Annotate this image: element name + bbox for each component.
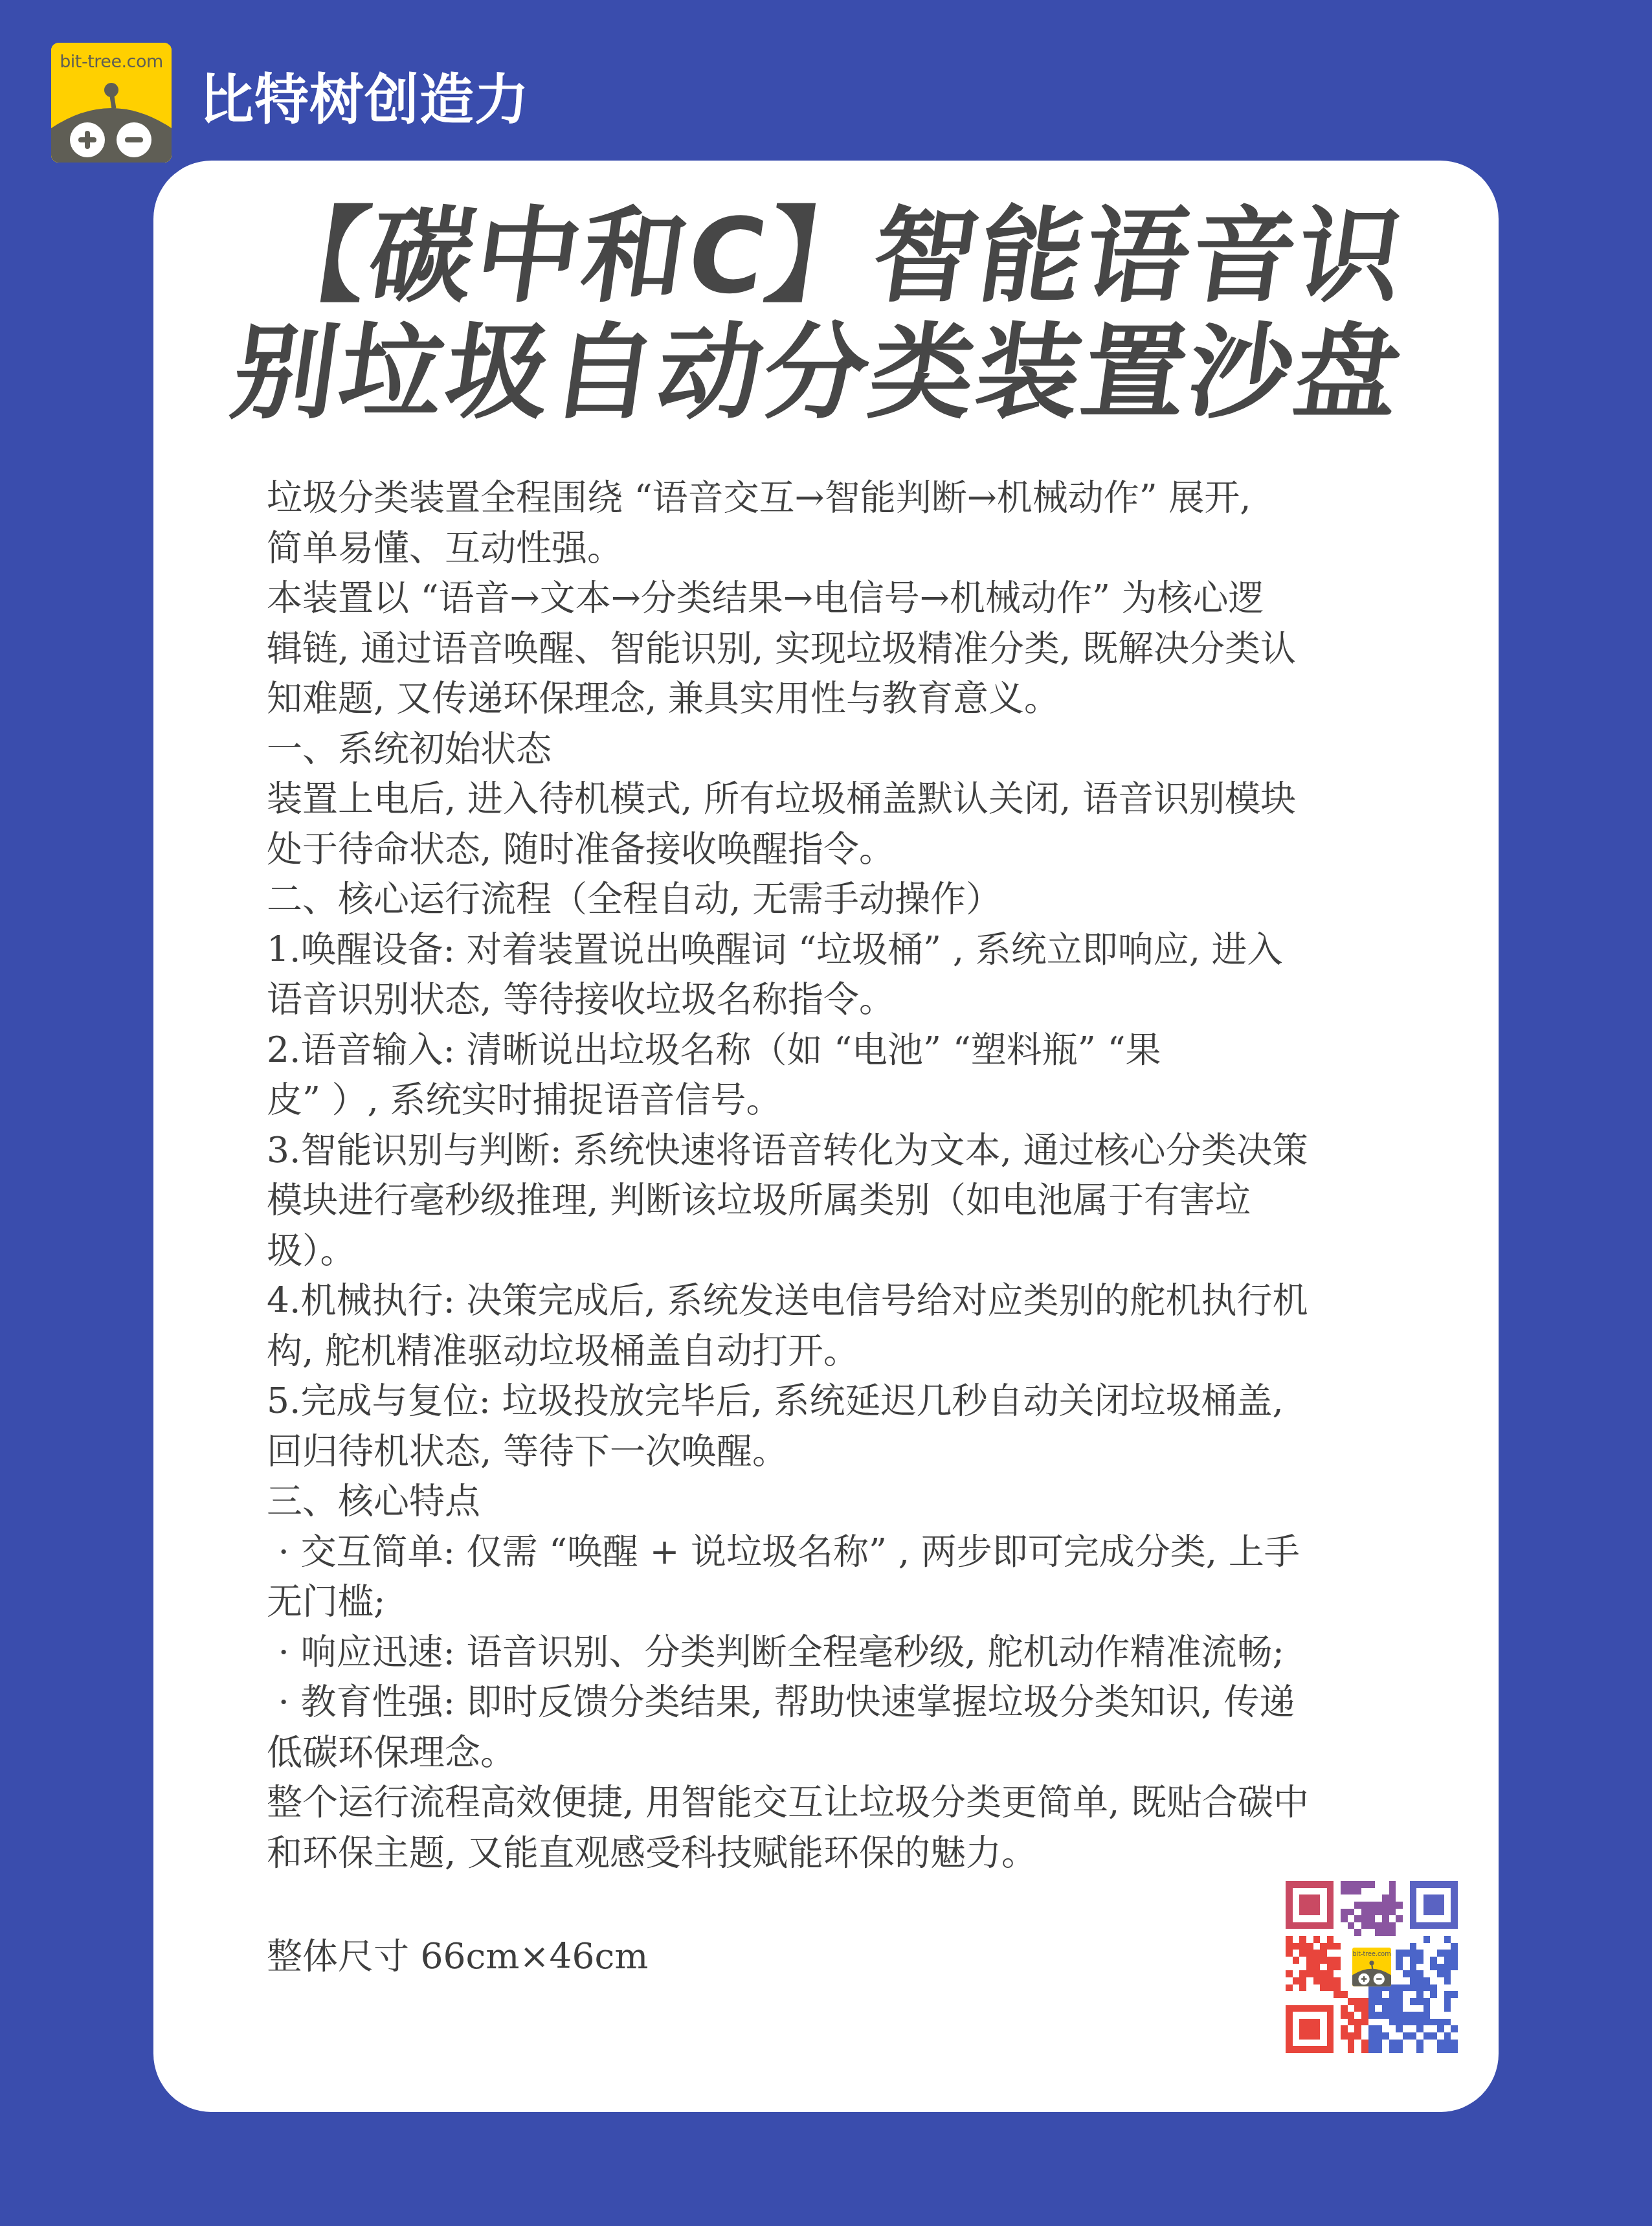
body-line: 5.完成与复位: 垃圾投放完毕后, 系统延迟几秒自动关闭垃圾桶盖, [267,1376,1432,1426]
section-heading-3: 三、核心特点 [267,1476,1432,1527]
content-card: 【碳中和C】智能语音识 别垃圾自动分类装置沙盘 垃圾分类装置全程围绕 “语音交互… [153,161,1499,2112]
section-heading-1: 一、系统初始状态 [267,724,1432,774]
qr-logo-site: bit-tree.com [1352,1951,1390,1958]
body-line: 无门槛; [267,1577,1432,1627]
body-line: 1.唤醒设备: 对着装置说出唤醒词 “垃圾桶” , 系统立即响应, 进入 [267,925,1432,975]
body-line: 语音识别状态, 等待接收垃圾名称指令。 [267,974,1432,1025]
body-line: 整个运行流程高效便捷, 用智能交互让垃圾分类更简单, 既贴合碳中 [267,1777,1432,1828]
logo-site-text: bit-tree.com [51,52,172,72]
section-heading-2: 二、核心运行流程（全程自动, 无需手动操作） [267,874,1432,925]
brand-name: 比特树创造力 [199,73,530,127]
body-line: 圾）。 [267,1226,1432,1276]
page-title: 【碳中和C】智能语音识 别垃圾自动分类装置沙盘 [137,198,1515,431]
body-line: 构, 舵机精准驱动垃圾桶盖自动打开。 [267,1326,1432,1377]
feature-item: · 响应迅速: 语音识别、分类判断全程毫秒级, 舵机动作精准流畅; [267,1627,1432,1678]
body-line: 简单易懂、互动性强。 [267,523,1432,574]
title-line-2: 别垃圾自动分类装置沙盘 [137,315,1499,431]
body-line: 模块进行毫秒级推理, 判断该垃圾所属类别（如电池属于有害垃 [267,1175,1432,1226]
qr-center-logo: bit-tree.com [1352,1948,1391,1986]
body-line: 回归待机状态, 等待下一次唤醒。 [267,1426,1432,1477]
body-line: 3.智能识别与判断: 系统快速将语音转化为文本, 通过核心分类决策 [267,1125,1432,1176]
body-line: 低碳环保理念。 [267,1727,1432,1778]
body-line: 2.语音输入: 清晰说出垃圾名称（如 “电池” “塑料瓶” “果 [267,1025,1432,1075]
title-line-1: 【碳中和C】智能语音识 [153,198,1515,315]
body-line: 装置上电后, 进入待机模式, 所有垃圾桶盖默认关闭, 语音识别模块 [267,774,1432,824]
body-line: 处于待命状态, 随时准备接收唤醒指令。 [267,824,1432,875]
body-line: 辑链, 通过语音唤醒、智能识别, 实现垃圾精准分类, 既解决分类认 [267,624,1432,674]
bit-tree-logo: bit-tree.com [51,43,172,163]
qr-code-icon[interactable]: bit-tree.com [1286,1881,1458,2053]
body-line: 知难题, 又传递环保理念, 兼具实用性与教育意义。 [267,673,1432,724]
body-line: 4.机械执行: 决策完成后, 系统发送电信号给对应类别的舵机执行机 [267,1276,1432,1326]
overall-size: 整体尺寸 66cm×46cm [267,1931,648,1981]
robot-logo-icon: bit-tree.com [1352,1948,1391,1986]
feature-item: · 教育性强: 即时反馈分类结果, 帮助快速掌握垃圾分类知识, 传递 [267,1677,1432,1727]
body-line: 本装置以 “语音→文本→分类结果→电信号→机械动作” 为核心逻 [267,573,1432,624]
feature-item: · 交互简单: 仅需 “唤醒 + 说垃圾名称” , 两步即可完成分类, 上手 [267,1527,1432,1577]
body-line: 垃圾分类装置全程围绕 “语音交互→智能判断→机械动作” 展开, [267,473,1432,523]
body-line: 皮” ）, 系统实时捕捉语音信号。 [267,1075,1432,1125]
description-body: 垃圾分类装置全程围绕 “语音交互→智能判断→机械动作” 展开, 简单易懂、互动性… [267,473,1432,1878]
body-line: 和环保主题, 又能直观感受科技赋能环保的魅力。 [267,1828,1432,1878]
